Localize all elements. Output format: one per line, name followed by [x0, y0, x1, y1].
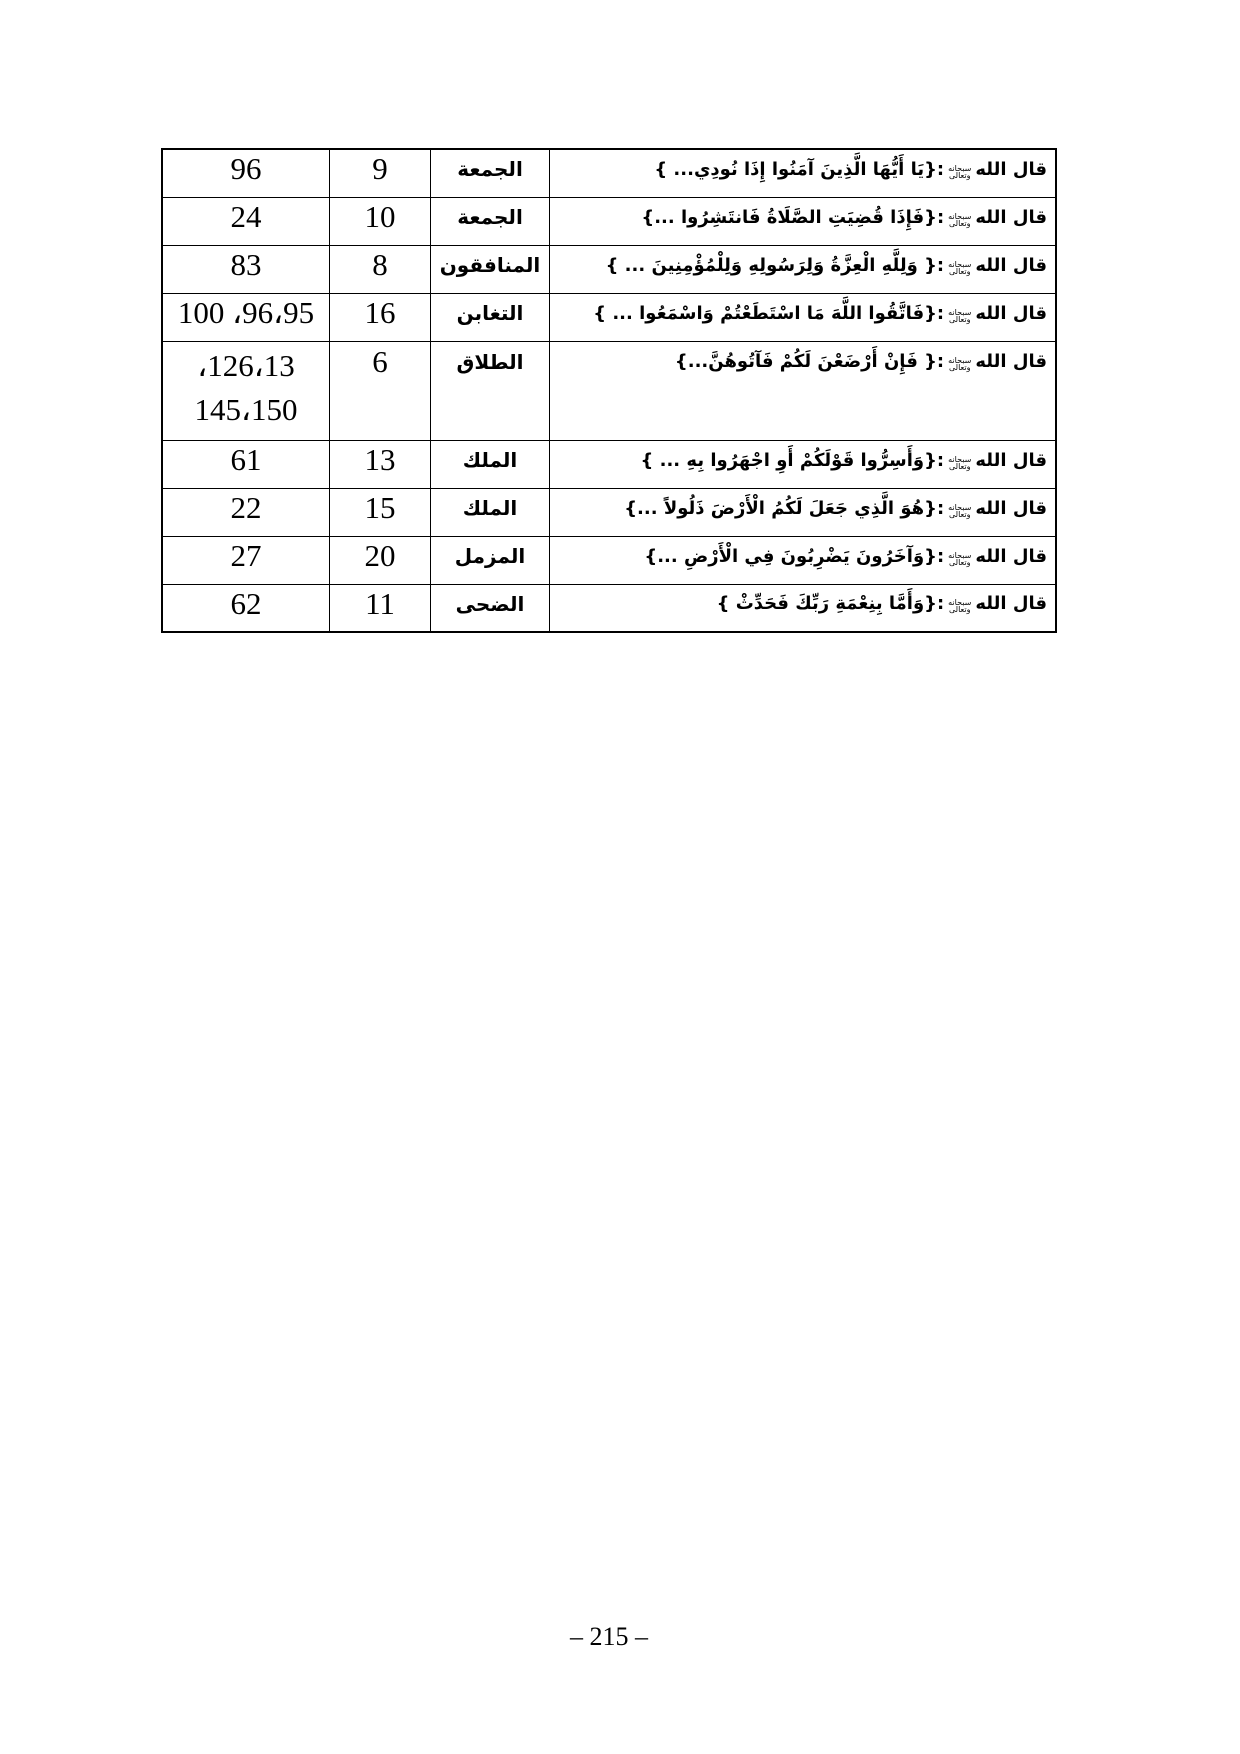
- honorific-icon: سبحانهوتعالى: [948, 599, 971, 613]
- surah-cell: الملك: [431, 488, 550, 536]
- surah-name: الملك: [463, 448, 518, 472]
- pages-cell: 22: [162, 488, 330, 536]
- surah-name: الطلاق: [457, 350, 524, 374]
- pages-cell: 83: [162, 245, 330, 293]
- quote-cell: قال اللهسبحانهوتعالى:{وَأَمَّا بِنِعْمَة…: [550, 584, 1057, 632]
- verse-cell: 20: [330, 536, 431, 584]
- verse-number: 15: [365, 490, 396, 525]
- qala-allah-text: قال الله: [975, 255, 1047, 276]
- qala-allah-text: قال الله: [975, 546, 1047, 567]
- qala-allah-text: قال الله: [975, 498, 1047, 519]
- verse-cell: 8: [330, 245, 431, 293]
- surah-name: الملك: [463, 496, 518, 520]
- verse-quote-text: :{ فَإِنْ أَرْضَعْنَ لَكُمْ فَآتُوهُنَّ.…: [675, 351, 944, 372]
- surah-name: الجمعة: [457, 205, 523, 229]
- surah-cell: التغابن: [431, 293, 550, 341]
- honorific-icon: سبحانهوتعالى: [948, 552, 971, 566]
- table-row: 22 15 الملك قال اللهسبحانهوتعالى:{هُوَ ا…: [162, 488, 1056, 536]
- page-number: – 215 –: [570, 1622, 648, 1651]
- verse-number: 16: [365, 295, 396, 330]
- surah-cell: الضحى: [431, 584, 550, 632]
- verse-number: 10: [365, 199, 396, 234]
- verse-quote-text: :{وَآخَرُونَ يَضْرِبُونَ فِي الْأَرْضِ .…: [644, 546, 944, 567]
- honorific-icon: سبحانهوتعالى: [948, 213, 971, 227]
- surah-name: التغابن: [457, 301, 524, 325]
- surah-cell: المنافقون: [431, 245, 550, 293]
- table-row: 24 10 الجمعة قال اللهسبحانهوتعالى:{فَإِذ…: [162, 197, 1056, 245]
- quote-cell: قال اللهسبحانهوتعالى:{ فَإِنْ أَرْضَعْنَ…: [550, 341, 1057, 440]
- document-page: 96 9 الجمعة قال اللهسبحانهوتعالى:{يَا أَ…: [0, 0, 1240, 1754]
- verse-cell: 13: [330, 440, 431, 488]
- page-numbers: 22: [231, 490, 262, 525]
- verse-number: 20: [365, 538, 396, 573]
- verse-quote-text: :{فَاتَّقُوا اللَّهَ مَا اسْتَطَعْتُمْ و…: [593, 303, 944, 324]
- verse-number: 8: [372, 247, 388, 282]
- page-numbers: 145،150: [163, 388, 329, 432]
- quote-cell: قال اللهسبحانهوتعالى:{هُوَ الَّذِي جَعَل…: [550, 488, 1057, 536]
- qala-allah-text: قال الله: [975, 159, 1047, 180]
- page-numbers: 62: [231, 586, 262, 621]
- honorific-icon: سبحانهوتعالى: [948, 456, 971, 470]
- honorific-icon: سبحانهوتعالى: [948, 165, 971, 179]
- verse-quote-text: :{هُوَ الَّذِي جَعَلَ لَكُمُ الْأَرْضَ ذ…: [624, 498, 944, 519]
- table-row: 100 ،96،95 16 التغابن قال اللهسبحانهوتعا…: [162, 293, 1056, 341]
- surah-cell: الجمعة: [431, 197, 550, 245]
- verse-cell: 11: [330, 584, 431, 632]
- surah-cell: الطلاق: [431, 341, 550, 440]
- quote-cell: قال اللهسبحانهوتعالى:{فَإِذَا قُضِيَتِ ا…: [550, 197, 1057, 245]
- table-row: 61 13 الملك قال اللهسبحانهوتعالى:{وَأَسِ…: [162, 440, 1056, 488]
- pages-cell: 100 ،96،95: [162, 293, 330, 341]
- verse-quote-text: :{يَا أَيُّهَا الَّذِينَ آمَنُوا إِذَا ن…: [654, 159, 944, 180]
- surah-cell: المزمل: [431, 536, 550, 584]
- table-row: 62 11 الضحى قال اللهسبحانهوتعالى:{وَأَمَ…: [162, 584, 1056, 632]
- surah-cell: الملك: [431, 440, 550, 488]
- pages-cell: 62: [162, 584, 330, 632]
- verse-quote-text: :{وَأَمَّا بِنِعْمَةِ رَبِّكَ فَحَدِّثْ …: [717, 593, 945, 614]
- table-row: 27 20 المزمل قال اللهسبحانهوتعالى:{وَآخَ…: [162, 536, 1056, 584]
- table-row: ،126،13145،150 6 الطلاق قال اللهسبحانهوت…: [162, 341, 1056, 440]
- page-numbers: 83: [231, 247, 262, 282]
- page-numbers: 96: [231, 151, 262, 186]
- quote-cell: قال اللهسبحانهوتعالى:{وَآخَرُونَ يَضْرِب…: [550, 536, 1057, 584]
- verse-cell: 15: [330, 488, 431, 536]
- pages-cell: 24: [162, 197, 330, 245]
- verse-number: 6: [372, 344, 388, 379]
- honorific-icon: سبحانهوتعالى: [948, 504, 971, 518]
- table-row: 83 8 المنافقون قال اللهسبحانهوتعالى:{ وَ…: [162, 245, 1056, 293]
- page-numbers: ،126،13: [163, 344, 329, 388]
- verse-cell: 9: [330, 149, 431, 197]
- pages-cell: 61: [162, 440, 330, 488]
- qala-allah-text: قال الله: [975, 450, 1047, 471]
- page-numbers: 24: [231, 199, 262, 234]
- verse-cell: 10: [330, 197, 431, 245]
- pages-cell: 27: [162, 536, 330, 584]
- pages-cell: ،126،13145،150: [162, 341, 330, 440]
- table-row: 96 9 الجمعة قال اللهسبحانهوتعالى:{يَا أَ…: [162, 149, 1056, 197]
- pages-cell: 96: [162, 149, 330, 197]
- verse-cell: 6: [330, 341, 431, 440]
- qala-allah-text: قال الله: [975, 351, 1047, 372]
- qala-allah-text: قال الله: [975, 207, 1047, 228]
- verse-number: 13: [365, 442, 396, 477]
- surah-cell: الجمعة: [431, 149, 550, 197]
- surah-name: المنافقون: [440, 253, 541, 277]
- verse-quote-text: :{وَأَسِرُّوا قَوْلَكُمْ أَوِ اجْهَرُوا …: [641, 450, 945, 471]
- verse-quote-text: :{ وَلِلَّهِ الْعِزَّةُ وَلِرَسُولِهِ وَ…: [606, 255, 945, 276]
- honorific-icon: سبحانهوتعالى: [948, 261, 971, 275]
- surah-name: الجمعة: [457, 157, 523, 181]
- honorific-icon: سبحانهوتعالى: [948, 309, 971, 323]
- page-numbers: 100 ،96،95: [178, 295, 314, 330]
- verse-number: 11: [365, 586, 395, 621]
- quote-cell: قال اللهسبحانهوتعالى:{ وَلِلَّهِ الْعِزَ…: [550, 245, 1057, 293]
- verse-number: 9: [372, 151, 388, 186]
- page-numbers: 61: [231, 442, 262, 477]
- verse-cell: 16: [330, 293, 431, 341]
- quote-cell: قال اللهسبحانهوتعالى:{يَا أَيُّهَا الَّذ…: [550, 149, 1057, 197]
- qala-allah-text: قال الله: [975, 303, 1047, 324]
- page-footer: – 215 –: [161, 1622, 1057, 1652]
- surah-name: المزمل: [455, 544, 525, 568]
- honorific-icon: سبحانهوتعالى: [948, 357, 971, 371]
- quran-index-table: 96 9 الجمعة قال اللهسبحانهوتعالى:{يَا أَ…: [161, 148, 1057, 633]
- quote-cell: قال اللهسبحانهوتعالى:{فَاتَّقُوا اللَّهَ…: [550, 293, 1057, 341]
- page-numbers: 27: [231, 538, 262, 573]
- quote-cell: قال اللهسبحانهوتعالى:{وَأَسِرُّوا قَوْلَ…: [550, 440, 1057, 488]
- verse-quote-text: :{فَإِذَا قُضِيَتِ الصَّلَاةُ فَانتَشِرُ…: [641, 207, 944, 228]
- qala-allah-text: قال الله: [975, 593, 1047, 614]
- surah-name: الضحى: [456, 592, 525, 616]
